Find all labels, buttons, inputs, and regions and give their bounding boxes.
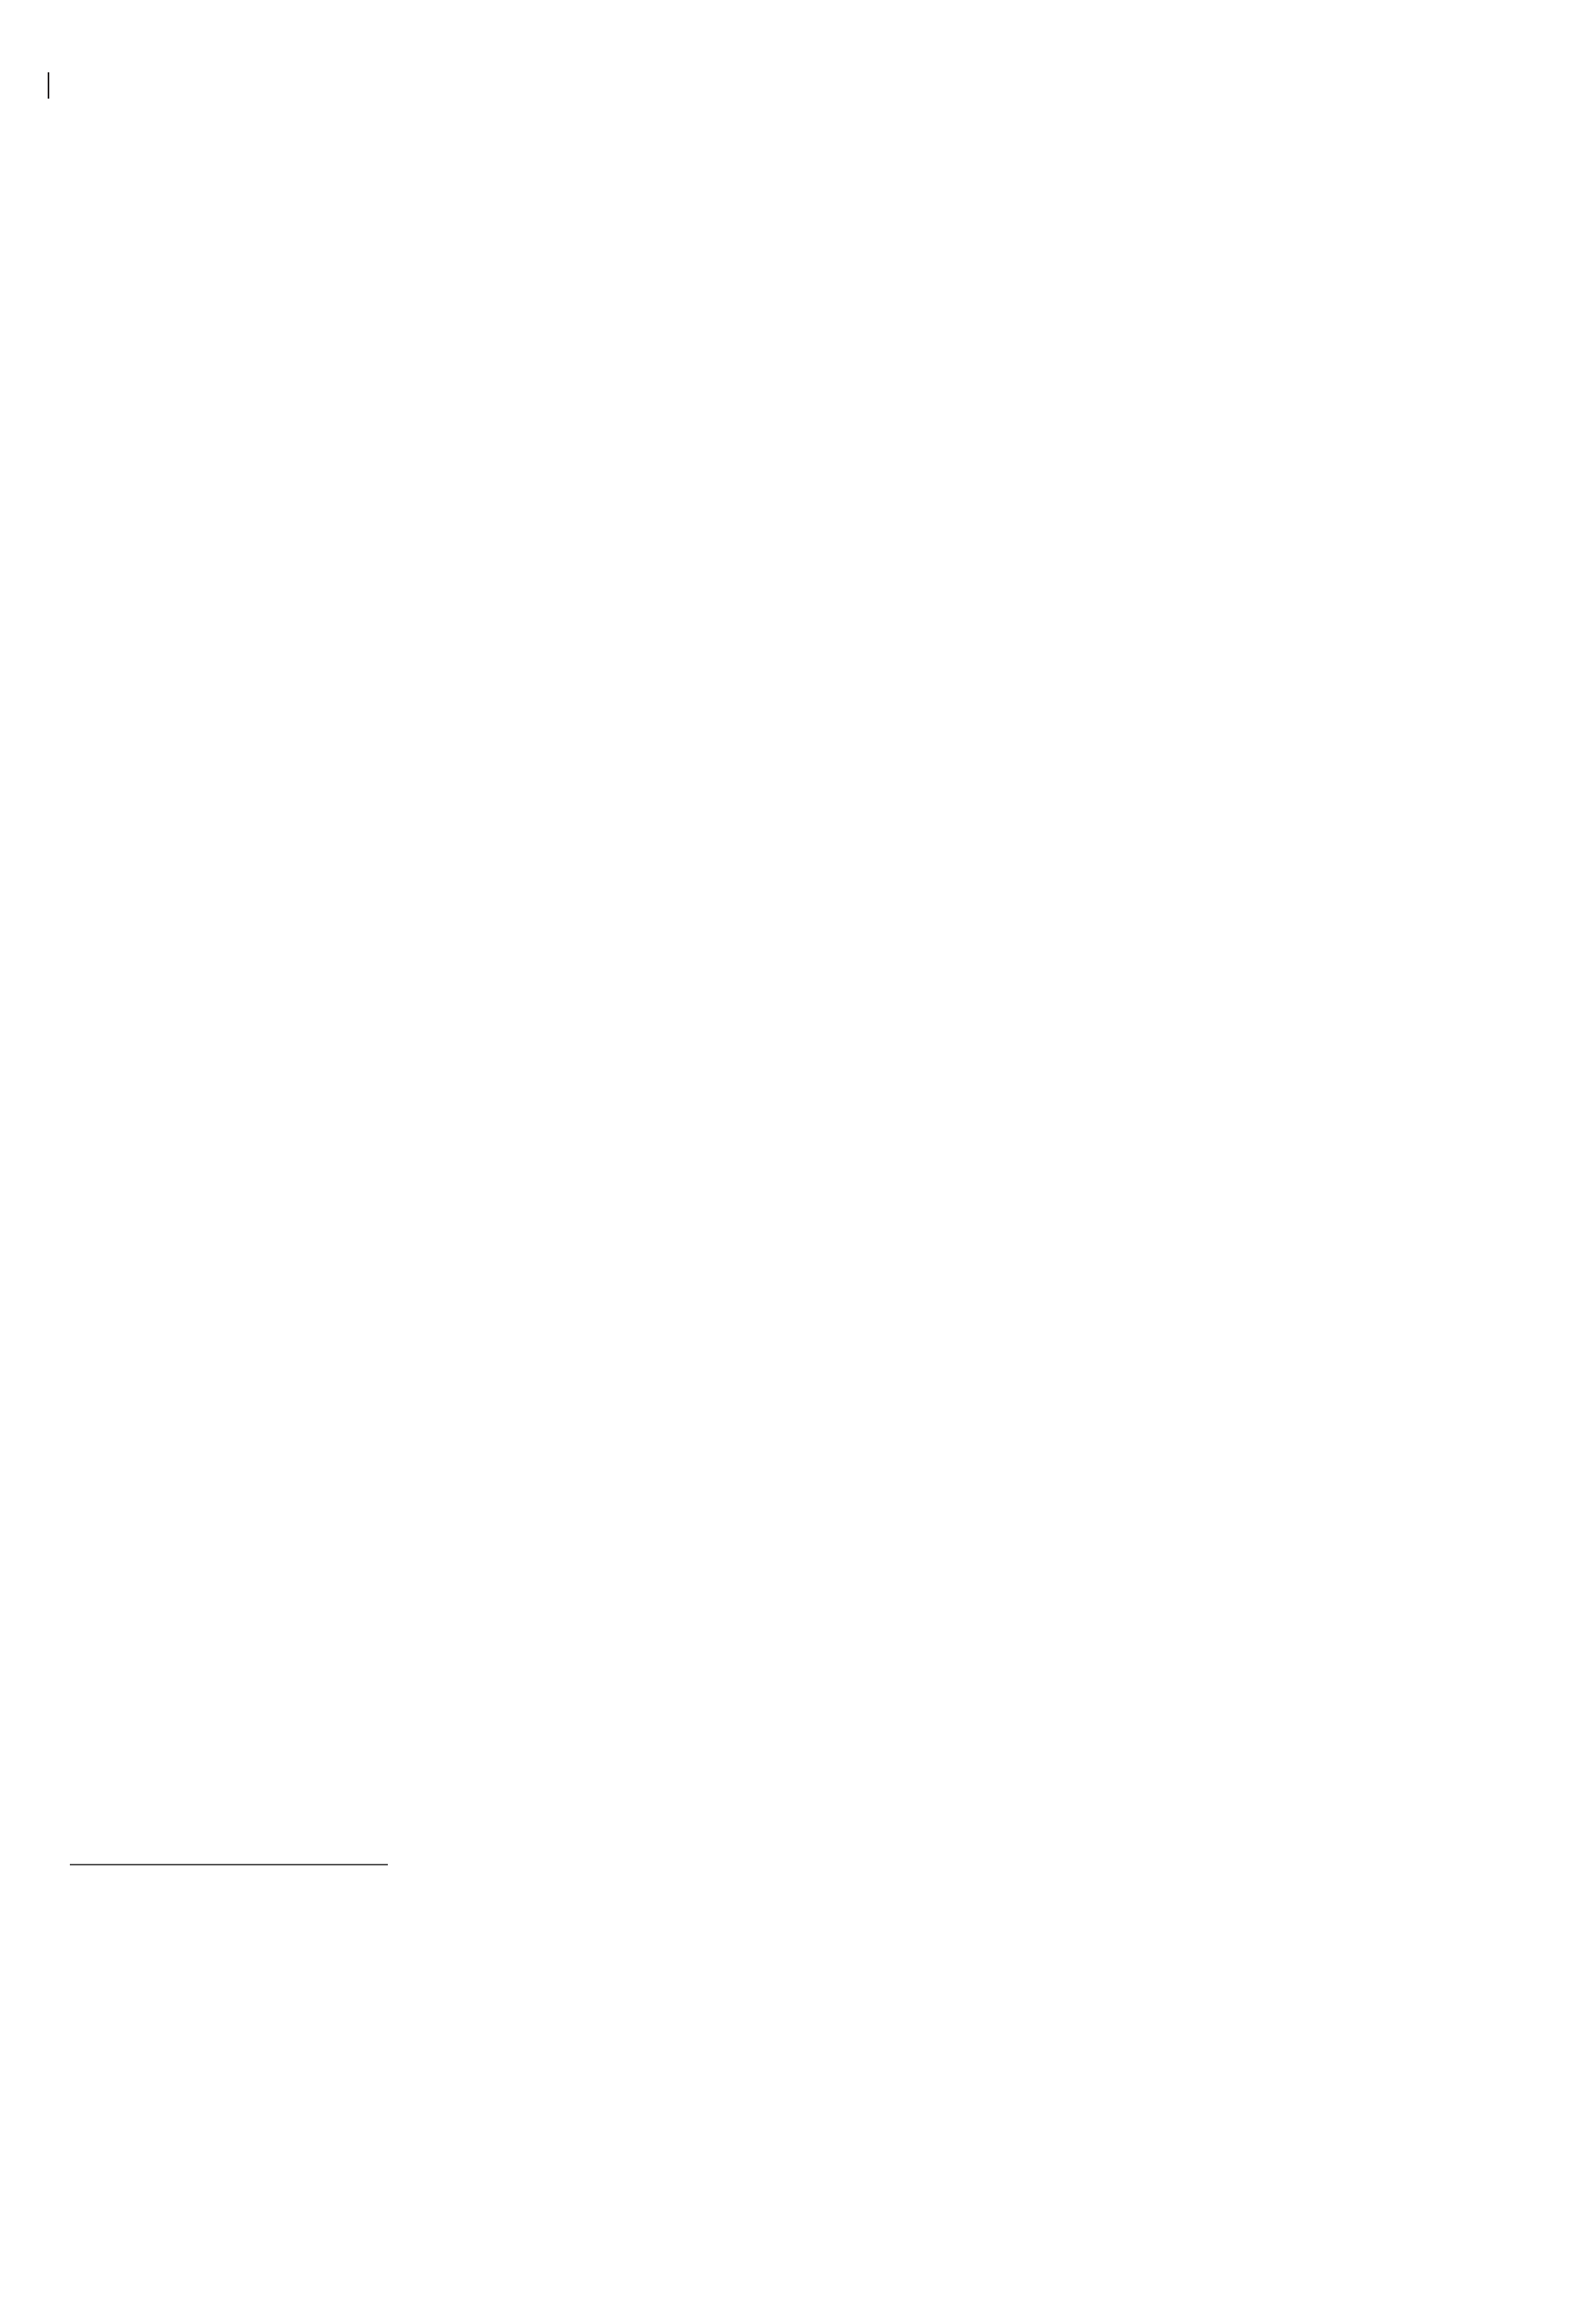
running-head [48,72,87,99]
running-head-rule [48,72,49,99]
footnote-separator [70,1864,388,1865]
